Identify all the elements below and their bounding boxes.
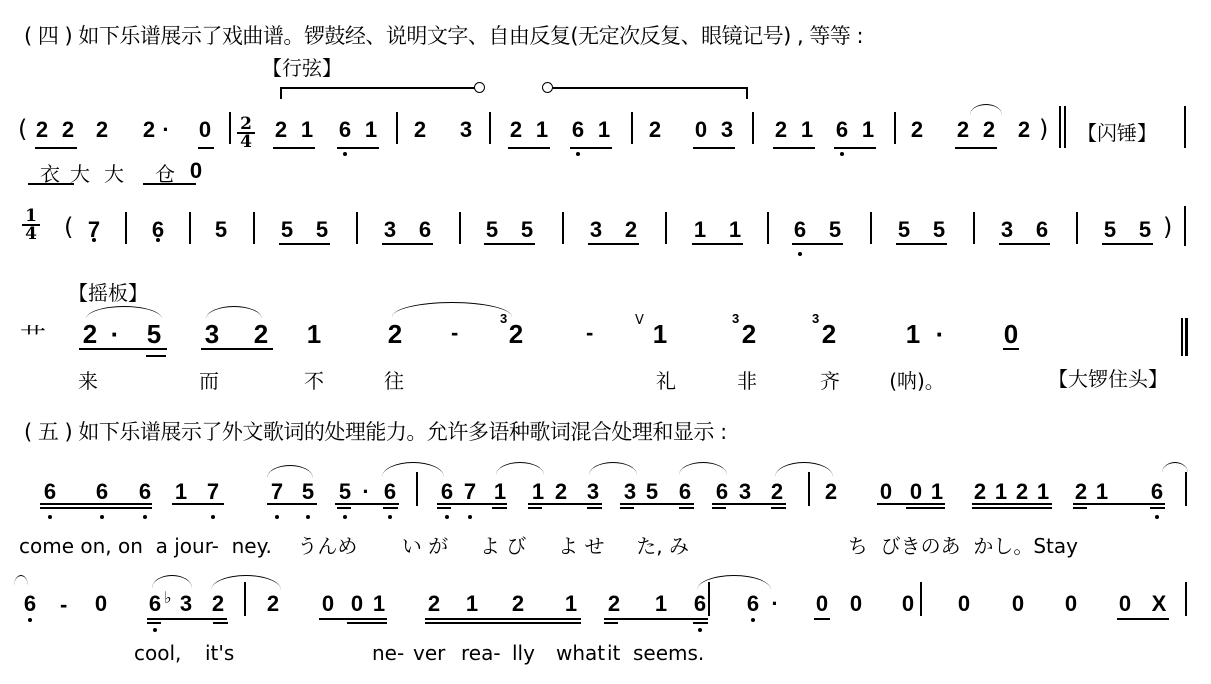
bar-line <box>229 112 231 144</box>
underline-beam <box>712 503 786 505</box>
slur-arc <box>589 462 637 475</box>
underline-beam <box>1117 618 1169 620</box>
note: 2 <box>510 592 526 616</box>
bar-line <box>920 582 922 616</box>
underline-beam <box>712 507 726 509</box>
note: 2 <box>739 320 759 348</box>
note: 5 <box>1137 218 1153 242</box>
note: 1 <box>464 592 480 616</box>
bar-line <box>1184 206 1186 246</box>
lyric-syllable: 来 <box>78 365 98 394</box>
note: 6 <box>337 118 353 142</box>
grace-note-3: 3 <box>500 312 507 325</box>
note: 3 <box>178 592 194 616</box>
lyric-syllable: (呐)。 <box>889 365 945 394</box>
note: 1 <box>799 118 815 142</box>
bar-line <box>1064 106 1066 148</box>
underline-beam <box>146 355 166 357</box>
extension-dash: - <box>586 320 593 346</box>
note: 2 <box>553 480 569 504</box>
octave-dot <box>28 618 32 622</box>
underline-beam <box>604 618 708 620</box>
note: 5 <box>1102 218 1118 242</box>
note: 2 <box>823 480 839 504</box>
bar-line <box>894 112 896 144</box>
note: 2 <box>1016 118 1032 142</box>
bar-line <box>767 212 769 244</box>
note: 5 <box>300 480 316 504</box>
octave-dot <box>306 515 310 519</box>
note: 6 <box>22 592 38 616</box>
time-signature-1-4: 1 4 <box>22 208 40 242</box>
note: · <box>358 480 374 504</box>
underline-beam <box>279 243 330 245</box>
gong-syllable: 0 <box>190 158 202 184</box>
underline-beam <box>588 243 639 245</box>
note: 6 <box>439 480 455 504</box>
lyric-word: seems. <box>633 641 704 665</box>
note: 2 <box>606 592 622 616</box>
underline-beam <box>528 503 602 505</box>
note: 0 <box>956 592 972 616</box>
octave-dot <box>48 515 52 519</box>
note: · <box>105 320 125 348</box>
bar-line <box>631 112 633 144</box>
note: 2 <box>34 118 50 142</box>
note: 1 <box>903 320 923 348</box>
note: 2 <box>273 118 289 142</box>
note: 6 <box>137 480 153 504</box>
note: 5 <box>337 480 353 504</box>
note: 0 <box>878 480 894 504</box>
note: 2 <box>385 320 405 348</box>
slur-arc <box>1162 462 1188 473</box>
glasses-circle-left <box>474 82 485 93</box>
note: 2 <box>647 118 663 142</box>
lyric-syllable: 齐 <box>820 365 840 394</box>
bar-line <box>752 112 754 144</box>
lyric-syllable: 礼 <box>656 365 676 394</box>
underline-beam <box>40 507 152 509</box>
underline-beam <box>147 622 161 624</box>
slur-arc <box>14 575 28 586</box>
bar-line <box>808 472 810 506</box>
octave-dot <box>798 252 802 256</box>
note: 1 <box>371 592 387 616</box>
note: 0 <box>848 592 864 616</box>
lyric-syllable: 而 <box>199 365 219 394</box>
time-signature-2-4: 2 4 <box>237 116 255 150</box>
note: 1 <box>596 118 612 142</box>
note: · <box>930 320 950 348</box>
note: 3 <box>202 320 222 348</box>
note: 7 <box>269 480 285 504</box>
underline-beam <box>999 243 1050 245</box>
note: 2 <box>141 118 157 142</box>
bar-line <box>489 112 491 144</box>
octave-dot <box>698 628 702 632</box>
note: 5 <box>314 218 330 242</box>
underline-beam <box>955 147 997 149</box>
note: 2 <box>60 118 76 142</box>
underline-beam <box>570 147 612 149</box>
note: 6 <box>834 118 850 142</box>
note: 7 <box>205 480 221 504</box>
bar-line <box>1185 318 1188 356</box>
underline-beam <box>604 622 618 624</box>
note: 0 <box>1117 592 1133 616</box>
note: 6 <box>417 218 433 242</box>
note: 1 <box>860 118 876 142</box>
bar-line <box>1181 318 1183 356</box>
slur-arc <box>211 575 281 590</box>
slur-arc <box>206 306 262 319</box>
note: 0 <box>693 118 709 142</box>
glasses-circle-right <box>542 82 553 93</box>
lyric-word: rea- <box>461 641 501 665</box>
section4-heading: ( 四 ) 如下乐谱展示了戏曲谱。锣鼓经、说明文字、自由反复(无定次反复、眼镜记… <box>24 20 863 50</box>
slur-arc <box>970 104 1002 115</box>
extension-dash: - <box>60 592 67 618</box>
underline-beam <box>693 147 735 149</box>
label-xingxian: 【行弦】 <box>262 52 342 81</box>
lyric-syllable: 往 <box>384 365 404 394</box>
underline-beam <box>877 503 945 505</box>
note: 1 <box>173 480 189 504</box>
note: 3 <box>622 480 638 504</box>
note: 7 <box>462 480 478 504</box>
note: 0 <box>197 118 213 142</box>
octave-dot <box>1155 515 1159 519</box>
repeat-bracket-right <box>553 87 747 89</box>
octave-dot <box>445 515 449 519</box>
octave-dot <box>343 515 347 519</box>
underline-beam <box>143 183 196 185</box>
section5-heading: ( 五 ) 如下乐谱展示了外文歌词的处理能力。允许多语种歌词混合处理和显示 : <box>24 416 727 446</box>
underline-beam <box>1102 243 1153 245</box>
underline-beam <box>319 618 387 620</box>
free-meter-sign: 艹 <box>20 318 46 355</box>
note: 1 <box>650 320 670 348</box>
underline-beam <box>425 622 581 624</box>
note: 2 <box>623 218 639 242</box>
underline-beam <box>1073 503 1165 505</box>
breath-mark: V <box>635 313 644 328</box>
lyric-word: it <box>607 641 620 665</box>
underline-beam <box>273 147 315 149</box>
octave-dot <box>343 152 347 156</box>
underline-beam <box>35 147 77 149</box>
lyric-word: what <box>556 641 605 665</box>
note: 2 <box>80 320 100 348</box>
bar-line <box>253 212 255 244</box>
note: 2 <box>251 320 271 348</box>
note: 1 <box>299 118 315 142</box>
underline-beam <box>201 348 273 350</box>
label-daluozhutou: 【大锣住头】 <box>1048 363 1168 392</box>
note: 5 <box>213 218 229 242</box>
note: 6 <box>382 480 398 504</box>
note: 1 <box>534 118 550 142</box>
slur-arc <box>152 575 192 588</box>
bar-line <box>1076 212 1078 244</box>
grace-note-3: 3 <box>812 312 819 325</box>
underline-beam <box>773 147 815 149</box>
gong-syllable: 大 <box>104 158 124 187</box>
underline-beam <box>972 503 1052 505</box>
row1-open-paren: ( <box>18 115 27 143</box>
octave-dot <box>388 515 392 519</box>
lyric-word: ne- <box>372 641 404 665</box>
underline-beam <box>213 622 228 624</box>
note: 6 <box>147 592 163 616</box>
note: 5 <box>279 218 295 242</box>
note: 2 <box>955 118 971 142</box>
bar-line <box>459 212 461 244</box>
note: 1 <box>1094 480 1110 504</box>
lyric-word: it's <box>205 641 234 665</box>
row2-open-paren: ( <box>64 213 73 241</box>
slur-arc <box>496 462 544 475</box>
underline-beam <box>1003 348 1019 350</box>
underline-beam <box>972 507 1052 509</box>
underline-beam <box>528 507 542 509</box>
note: 2 <box>508 118 524 142</box>
note: 3 <box>585 480 601 504</box>
underline-beam <box>587 507 602 509</box>
underline-beam <box>492 507 507 509</box>
underline-beam <box>437 507 451 509</box>
repeat-bracket-left-tick <box>280 87 282 99</box>
note: 0 <box>320 592 336 616</box>
note: · <box>158 118 174 142</box>
note: 6 <box>570 118 586 142</box>
octave-dot <box>751 618 755 622</box>
note: 3 <box>588 218 604 242</box>
lyric-syllable: 非 <box>737 365 757 394</box>
note: 3 <box>458 118 474 142</box>
note: 6 <box>692 592 708 616</box>
underline-beam <box>347 622 387 624</box>
slur-arc <box>86 306 162 319</box>
note: 1 <box>727 218 743 242</box>
note: 2 <box>412 118 428 142</box>
lyric-word: lly <box>512 641 535 665</box>
note: 6 <box>714 480 730 504</box>
lyric-word: cool, <box>134 641 181 665</box>
label-yaoban: 【摇板】 <box>68 277 148 306</box>
underline-beam <box>57 183 74 185</box>
note: 0 <box>93 592 109 616</box>
note: 2 <box>265 592 281 616</box>
octave-dot <box>143 515 147 519</box>
note: 0 <box>908 480 924 504</box>
note: 6 <box>1034 218 1050 242</box>
note: 5 <box>644 480 660 504</box>
note: 0 <box>814 592 830 616</box>
note: 0 <box>1001 320 1021 348</box>
note: 2 <box>819 320 839 348</box>
note: 2 <box>506 320 526 348</box>
bar-line <box>356 212 358 244</box>
underline-beam <box>484 243 535 245</box>
note: 6 <box>745 592 761 616</box>
bar-line <box>1185 472 1187 506</box>
bar-line <box>1059 106 1061 148</box>
underline-beam <box>834 147 876 149</box>
underline-beam <box>679 507 694 509</box>
row2-close-paren: ) <box>1163 213 1172 241</box>
underline-beam <box>1150 507 1165 509</box>
note: 1 <box>692 218 708 242</box>
note: 1 <box>929 480 945 504</box>
underline-beam <box>79 348 167 350</box>
lyric-word: ver <box>413 641 445 665</box>
bar-line <box>189 212 191 244</box>
underline-beam <box>1073 507 1087 509</box>
underline-beam <box>267 503 317 505</box>
underline-beam <box>147 618 227 620</box>
underline-beam <box>692 243 743 245</box>
note: 2 <box>210 592 226 616</box>
note: 3 <box>737 480 753 504</box>
note: 5 <box>827 218 843 242</box>
note: 2 <box>981 118 997 142</box>
grace-note-3: 3 <box>732 312 739 325</box>
octave-dot <box>275 515 279 519</box>
underline-beam <box>337 507 351 509</box>
slur-arc <box>679 462 727 475</box>
note: 1 <box>653 592 669 616</box>
underline-beam <box>508 147 550 149</box>
octave-dot <box>468 515 472 519</box>
label-shanchui: 【闪锤】 <box>1077 117 1157 146</box>
note: · <box>767 592 783 616</box>
underline-beam <box>335 503 399 505</box>
note: 6 <box>1149 480 1165 504</box>
note: 1 <box>993 480 1009 504</box>
underline-beam <box>437 503 507 505</box>
note: 5 <box>484 218 500 242</box>
octave-dot <box>153 628 157 632</box>
note: 2 <box>1073 480 1089 504</box>
note: 1 <box>492 480 508 504</box>
bar-line <box>1185 582 1187 616</box>
underline-beam <box>771 507 786 509</box>
note: 3 <box>382 218 398 242</box>
note: 0 <box>349 592 365 616</box>
note: 6 <box>792 218 808 242</box>
underline-beam <box>693 622 708 624</box>
note: 5 <box>896 218 912 242</box>
slur-arc <box>775 462 833 477</box>
bar-line <box>973 212 975 244</box>
note: 2 <box>769 480 785 504</box>
octave-dot <box>840 152 844 156</box>
note: 1 <box>563 592 579 616</box>
note: 2 <box>1014 480 1030 504</box>
note: 1 <box>304 320 324 348</box>
note: 2 <box>773 118 789 142</box>
octave-dot <box>100 515 104 519</box>
note: 0 <box>1010 592 1026 616</box>
note: 5 <box>144 320 164 348</box>
bar-line <box>416 472 418 506</box>
underline-beam <box>40 503 152 505</box>
note: 2 <box>94 118 110 142</box>
note: 5 <box>931 218 947 242</box>
note: 1 <box>530 480 546 504</box>
underline-beam <box>814 618 830 620</box>
bar-line <box>870 212 872 244</box>
note: 2 <box>972 480 988 504</box>
slur-arc <box>697 575 771 590</box>
note: X <box>1151 592 1167 616</box>
bar-line <box>1184 106 1186 148</box>
underline-beam <box>198 147 214 149</box>
bar-line <box>396 112 398 144</box>
note: 6 <box>677 480 693 504</box>
note: 3 <box>719 118 735 142</box>
slur-arc <box>267 465 313 478</box>
note: 1 <box>363 118 379 142</box>
repeat-bracket-right-tick <box>746 87 748 99</box>
octave-dot <box>211 515 215 519</box>
slur-arc <box>382 462 444 477</box>
lyric-syllable: 不 <box>304 365 324 394</box>
underline-beam <box>383 507 398 509</box>
octave-dot <box>92 238 96 242</box>
note: 2 <box>909 118 925 142</box>
flat-sign: ♭ <box>164 588 172 607</box>
underline-beam <box>337 147 379 149</box>
note: 5 <box>519 218 535 242</box>
row1-close-paren: ) <box>1039 115 1048 143</box>
bar-line <box>665 212 667 244</box>
octave-dot <box>156 238 160 242</box>
bar-line <box>562 212 564 244</box>
slur-arc <box>392 302 512 317</box>
extension-dash: - <box>451 320 458 346</box>
bar-line <box>125 212 127 244</box>
note: 6 <box>42 480 58 504</box>
underline-beam <box>620 503 694 505</box>
underline-beam <box>896 243 947 245</box>
note: 1 <box>1035 480 1051 504</box>
underline-beam <box>382 243 433 245</box>
note: 0 <box>900 592 916 616</box>
underline-beam <box>792 243 843 245</box>
underline-beam <box>906 507 945 509</box>
underline-beam <box>620 507 634 509</box>
note: 0 <box>1063 592 1079 616</box>
repeat-bracket-left <box>280 87 477 89</box>
note: 6 <box>94 480 110 504</box>
note: 2 <box>426 592 442 616</box>
row4-lyrics: come on, on a jour- ney. うんめ い が よ び よ せ… <box>19 530 1078 559</box>
underline-beam <box>172 503 224 505</box>
note: 3 <box>999 218 1015 242</box>
octave-dot <box>576 152 580 156</box>
underline-beam <box>425 618 581 620</box>
